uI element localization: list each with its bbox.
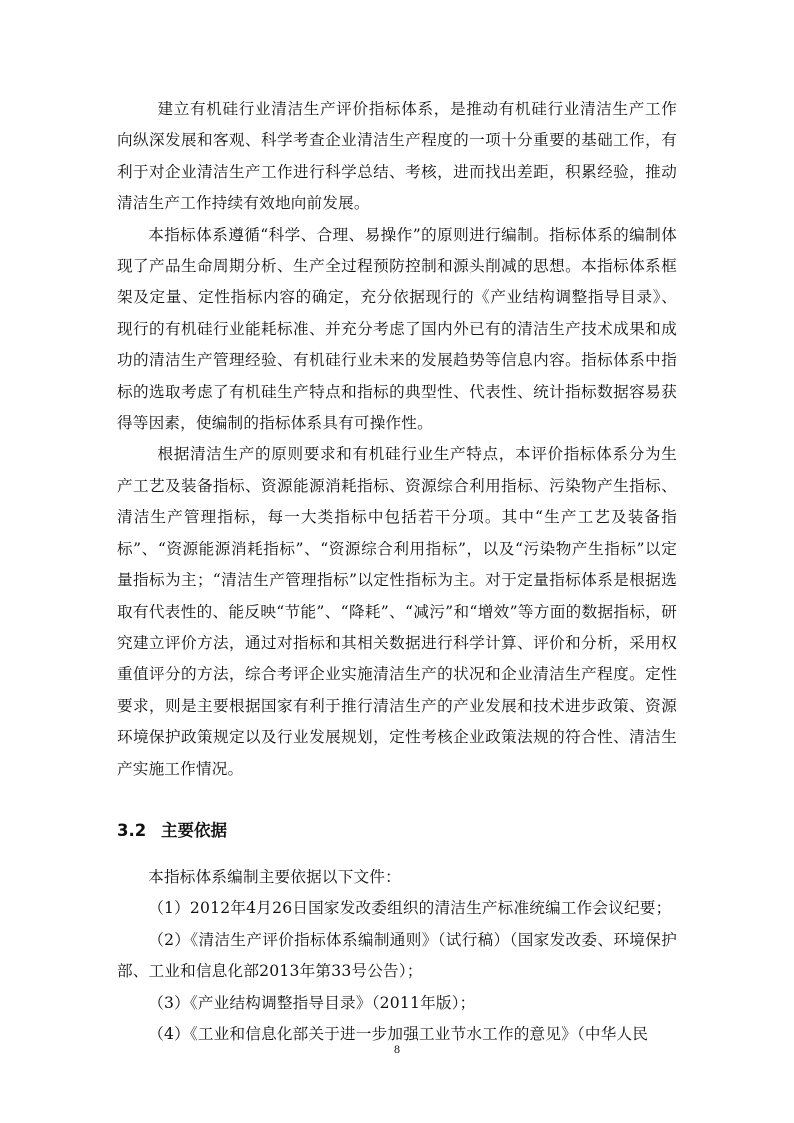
document-page: 建立有机硅行业清洁生产评价指标体系，是推动有机硅行业清洁生产工作向纵深发展和客观… xyxy=(117,94,677,1050)
paragraph-intro-1: 建立有机硅行业清洁生产评价指标体系，是推动有机硅行业清洁生产工作向纵深发展和客观… xyxy=(117,94,677,220)
paragraph-intro-3: 根据清洁生产的原则要求和有机硅行业生产特点，本评价指标体系分为生产工艺及装备指标… xyxy=(117,439,677,784)
paragraph-intro-2: 本指标体系遵循“科学、合理、易操作”的原则进行编制。指标体系的编制体现了产品生命… xyxy=(117,220,677,440)
list-item-basis-1: （1）2012年4月26日国家发改委组织的清洁生产标准统编工作会议纪要； xyxy=(117,893,677,924)
page-number: 8 xyxy=(0,1042,794,1057)
section-heading: 3.2主要依据 xyxy=(117,818,677,844)
list-item-basis-3: （3）《产业结构调整指导目录》（2011年版）； xyxy=(117,988,677,1019)
section-title: 主要依据 xyxy=(161,821,227,840)
list-item-basis-2: （2）《清洁生产评价指标体系编制通则》（试行稿）（国家发改委、环境保护部、工业和… xyxy=(117,925,677,988)
section-number: 3.2 xyxy=(117,818,161,844)
paragraph-basis-intro: 本指标体系编制主要依据以下文件： xyxy=(117,862,677,893)
